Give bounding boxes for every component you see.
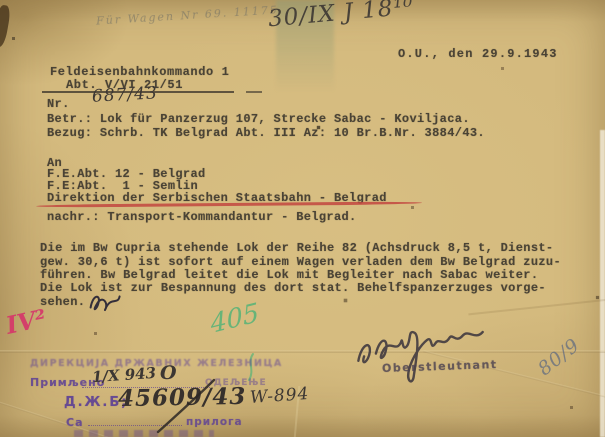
receipt-note: 30/IX J 18¹⁰ [267,0,414,31]
crease-line [468,297,605,315]
body-line: gew. 30,6 t) ist sofort auf einem Wagen … [40,256,561,268]
red-priority-mark: IV² [4,306,48,338]
scanned-letter: Für Wagen Nr 69. 11175 30/IX J 18¹⁰ O.U.… [0,0,605,437]
initials-scrawl [85,286,126,316]
body-line: Die im Bw Cupria stehende Lok der Reihe … [40,242,553,254]
railway-stamp-title: ДИРЕКЦИЈА ДРЖАВНИХ ЖЕЛЕЗНИЦА [30,359,283,369]
ink-slash [150,378,222,436]
crease-line [0,350,605,353]
railway-stamp-sa-label: Са [66,417,84,428]
letterhead-underline-dash [246,91,262,93]
pencil-note: Für Wagen Nr 69. 11175 [96,4,279,26]
body-line: sehen. [40,296,85,308]
signature-scrawl [350,317,504,389]
stamp-w-number: W-894 [249,386,309,407]
scan-edge [600,130,605,437]
paper-specks [0,0,1,1]
subject-line: Betr.: Lok für Panzerzug 107, Strecke Sa… [47,113,470,125]
reference-line: Bezug: Schrb. TK Belgrad Abt. III Az: 10… [47,127,485,139]
stamp-received-date: 1/X 943 [92,366,157,385]
place-date: O.U., den 29.9.1943 [398,48,558,60]
nr-value: 687/43 [92,85,159,105]
green-scribble: 405 [209,300,260,338]
pencil-code: 80/9 [535,336,583,380]
torn-corner [0,4,12,48]
nachr-line: nachr.: Transport-Kommandantur - Belgrad… [47,211,357,223]
nr-label: Nr. [47,98,70,110]
letterhead-line1: Feldeisenbahnkommando 1 [50,66,229,78]
body-line: führen. Bw Belgrad leitet die Lok mit Be… [40,269,538,281]
